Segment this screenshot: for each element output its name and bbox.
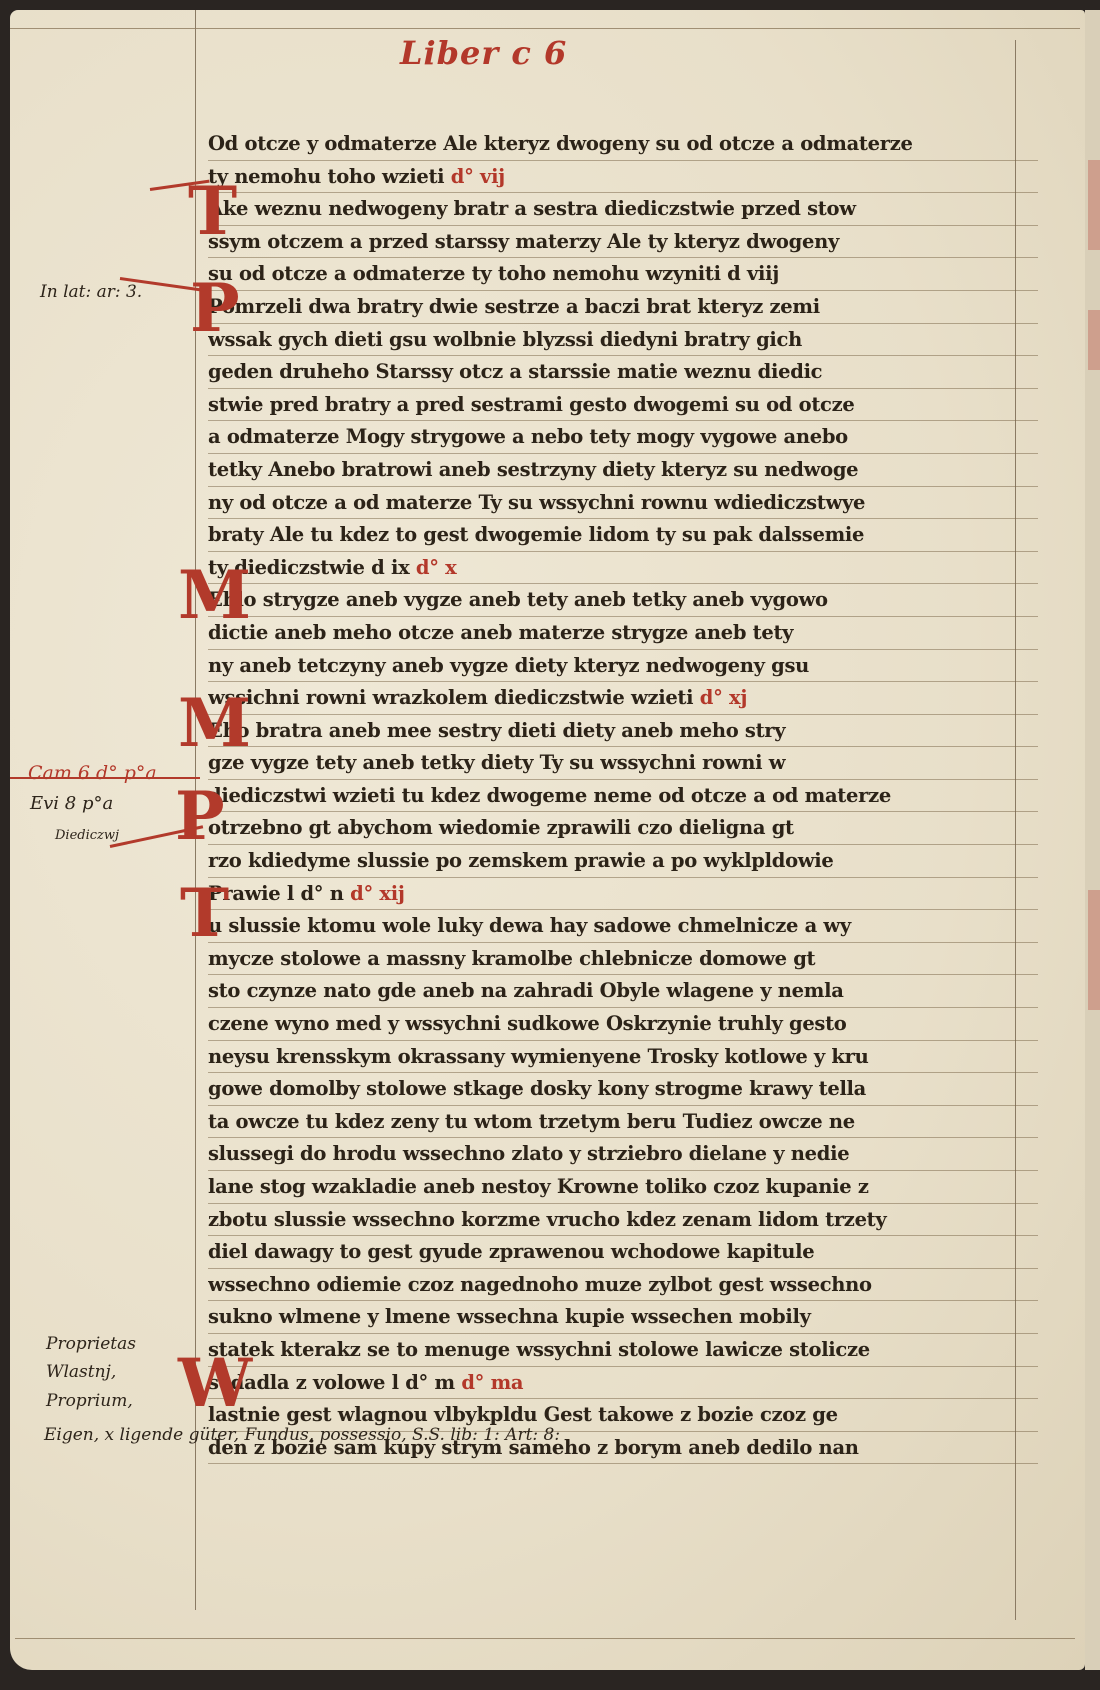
text-line: diediczstwi wzieti tu kdez dwogeme neme … — [208, 780, 1038, 813]
rubric-reference: d° xij — [350, 882, 404, 905]
text-line: statek kterakz se to menuge wssychni sto… — [208, 1334, 1038, 1367]
facing-page-edge — [1085, 10, 1100, 1670]
decorated-initial: T — [188, 178, 237, 244]
decorated-initial: M — [178, 690, 251, 756]
text-line: gowe domolby stolowe stkage dosky kony s… — [208, 1073, 1038, 1106]
text-line: tetky Anebo bratrowi aneb sestrzyny diet… — [208, 454, 1038, 487]
text-line: czene wyno med y wssychni sudkowe Oskrzy… — [208, 1008, 1038, 1041]
margin-note-underline — [10, 777, 200, 779]
text-line: diel dawagy to gest gyude zprawenou wcho… — [208, 1236, 1038, 1269]
text-line: Prawie l d° n d° xij — [208, 878, 1038, 911]
top-rule — [10, 28, 1080, 29]
text-line: u slussie ktomu wole luky dewa hay sadow… — [208, 910, 1038, 943]
text-line: wssechno odiemie czoz nagednoho muze zyl… — [208, 1269, 1038, 1302]
rubric-reference: d° ma — [461, 1371, 523, 1394]
margin-note: Cam 6 d° p°a — [28, 762, 157, 784]
text-line: Ake weznu nedwogeny bratr a sestra diedi… — [208, 193, 1038, 226]
text-line: sto czynze nato gde aneb na zahradi Obyl… — [208, 975, 1038, 1008]
running-title: Liber c 6 — [400, 34, 567, 72]
text-line: a odmaterze Mogy strygowe a nebo tety mo… — [208, 421, 1038, 454]
text-line: Pomrzeli dwa bratry dwie sestrze a baczi… — [208, 291, 1038, 324]
decorated-initial: P — [190, 275, 240, 341]
text-line: ssym otczem a przed starssy materzy Ale … — [208, 226, 1038, 259]
text-line: geden druheho Starssy otcz a starssie ma… — [208, 356, 1038, 389]
text-line: wssichni rowni wrazkolem diediczstwie wz… — [208, 682, 1038, 715]
text-line: sukno wlmene y lmene wssechna kupie wsse… — [208, 1301, 1038, 1334]
text-line: lane stog wzakladie aneb nestoy Krowne t… — [208, 1171, 1038, 1204]
text-line: ty nemohu toho wzieti d° vij — [208, 161, 1038, 194]
text-line: wssak gych dieti gsu wolbnie blyzssi die… — [208, 324, 1038, 357]
margin-note: Proprietas — [46, 1334, 136, 1354]
margin-note: Proprium, — [46, 1391, 133, 1411]
margin-note: Wlastnj, — [46, 1362, 116, 1382]
text-line: ta owcze tu kdez zeny tu wtom trzetym be… — [208, 1106, 1038, 1139]
margin-note: Evi 8 p°a — [30, 793, 113, 814]
margin-note: Eigen, x ligende güter, Fundus, possessi… — [44, 1425, 560, 1445]
text-line: stwie pred bratry a pred sestrami gesto … — [208, 389, 1038, 422]
decorated-initial: T — [180, 880, 229, 946]
text-line: rzo kdiedyme slussie po zemskem prawie a… — [208, 845, 1038, 878]
text-line: braty Ale tu kdez to gest dwogemie lidom… — [208, 519, 1038, 552]
rubric-reference: d° x — [416, 556, 457, 579]
text-line: dictie aneb meho otcze aneb materze stry… — [208, 617, 1038, 650]
text-line: slussegi do hrodu wssechno zlato y strzi… — [208, 1138, 1038, 1171]
decorated-initial: M — [178, 562, 251, 628]
text-line: Eho bratra aneb mee sestry dieti diety a… — [208, 715, 1038, 748]
rubric-reference: d° vij — [451, 165, 505, 188]
bottom-rule — [15, 1638, 1075, 1639]
text-block: Od otcze y odmaterze Ale kteryz dwogeny … — [208, 128, 1038, 1464]
text-line: ny aneb tetczyny aneb vygze diety kteryz… — [208, 650, 1038, 683]
text-line: ty diediczstwie d ix d° x — [208, 552, 1038, 585]
text-line: Od otcze y odmaterze Ale kteryz dwogeny … — [208, 128, 1038, 161]
text-line: gze vygze tety aneb tetky diety Ty su ws… — [208, 747, 1038, 780]
text-line: sedadla z volowe l d° m d° ma — [208, 1367, 1038, 1400]
decorated-initial: P — [175, 783, 225, 849]
margin-note: Diediczwj — [55, 828, 119, 843]
text-line: neysu krensskym okrassany wymienyene Tro… — [208, 1041, 1038, 1074]
text-line: zbotu slussie wssechno korzme vrucho kde… — [208, 1204, 1038, 1237]
text-line: mycze stolowe a massny kramolbe chlebnic… — [208, 943, 1038, 976]
text-line: su od otcze a odmaterze ty toho nemohu w… — [208, 258, 1038, 291]
text-line: otrzebno gt abychom wiedomie zprawili cz… — [208, 812, 1038, 845]
decorated-initial: W — [178, 1350, 252, 1416]
margin-note: In lat: ar: 3. — [40, 282, 142, 302]
text-line: ny od otcze a od materze Ty su wssychni … — [208, 487, 1038, 520]
text-line: Ehlo strygze aneb vygze aneb tety aneb t… — [208, 584, 1038, 617]
rubric-reference: d° xj — [700, 686, 747, 709]
